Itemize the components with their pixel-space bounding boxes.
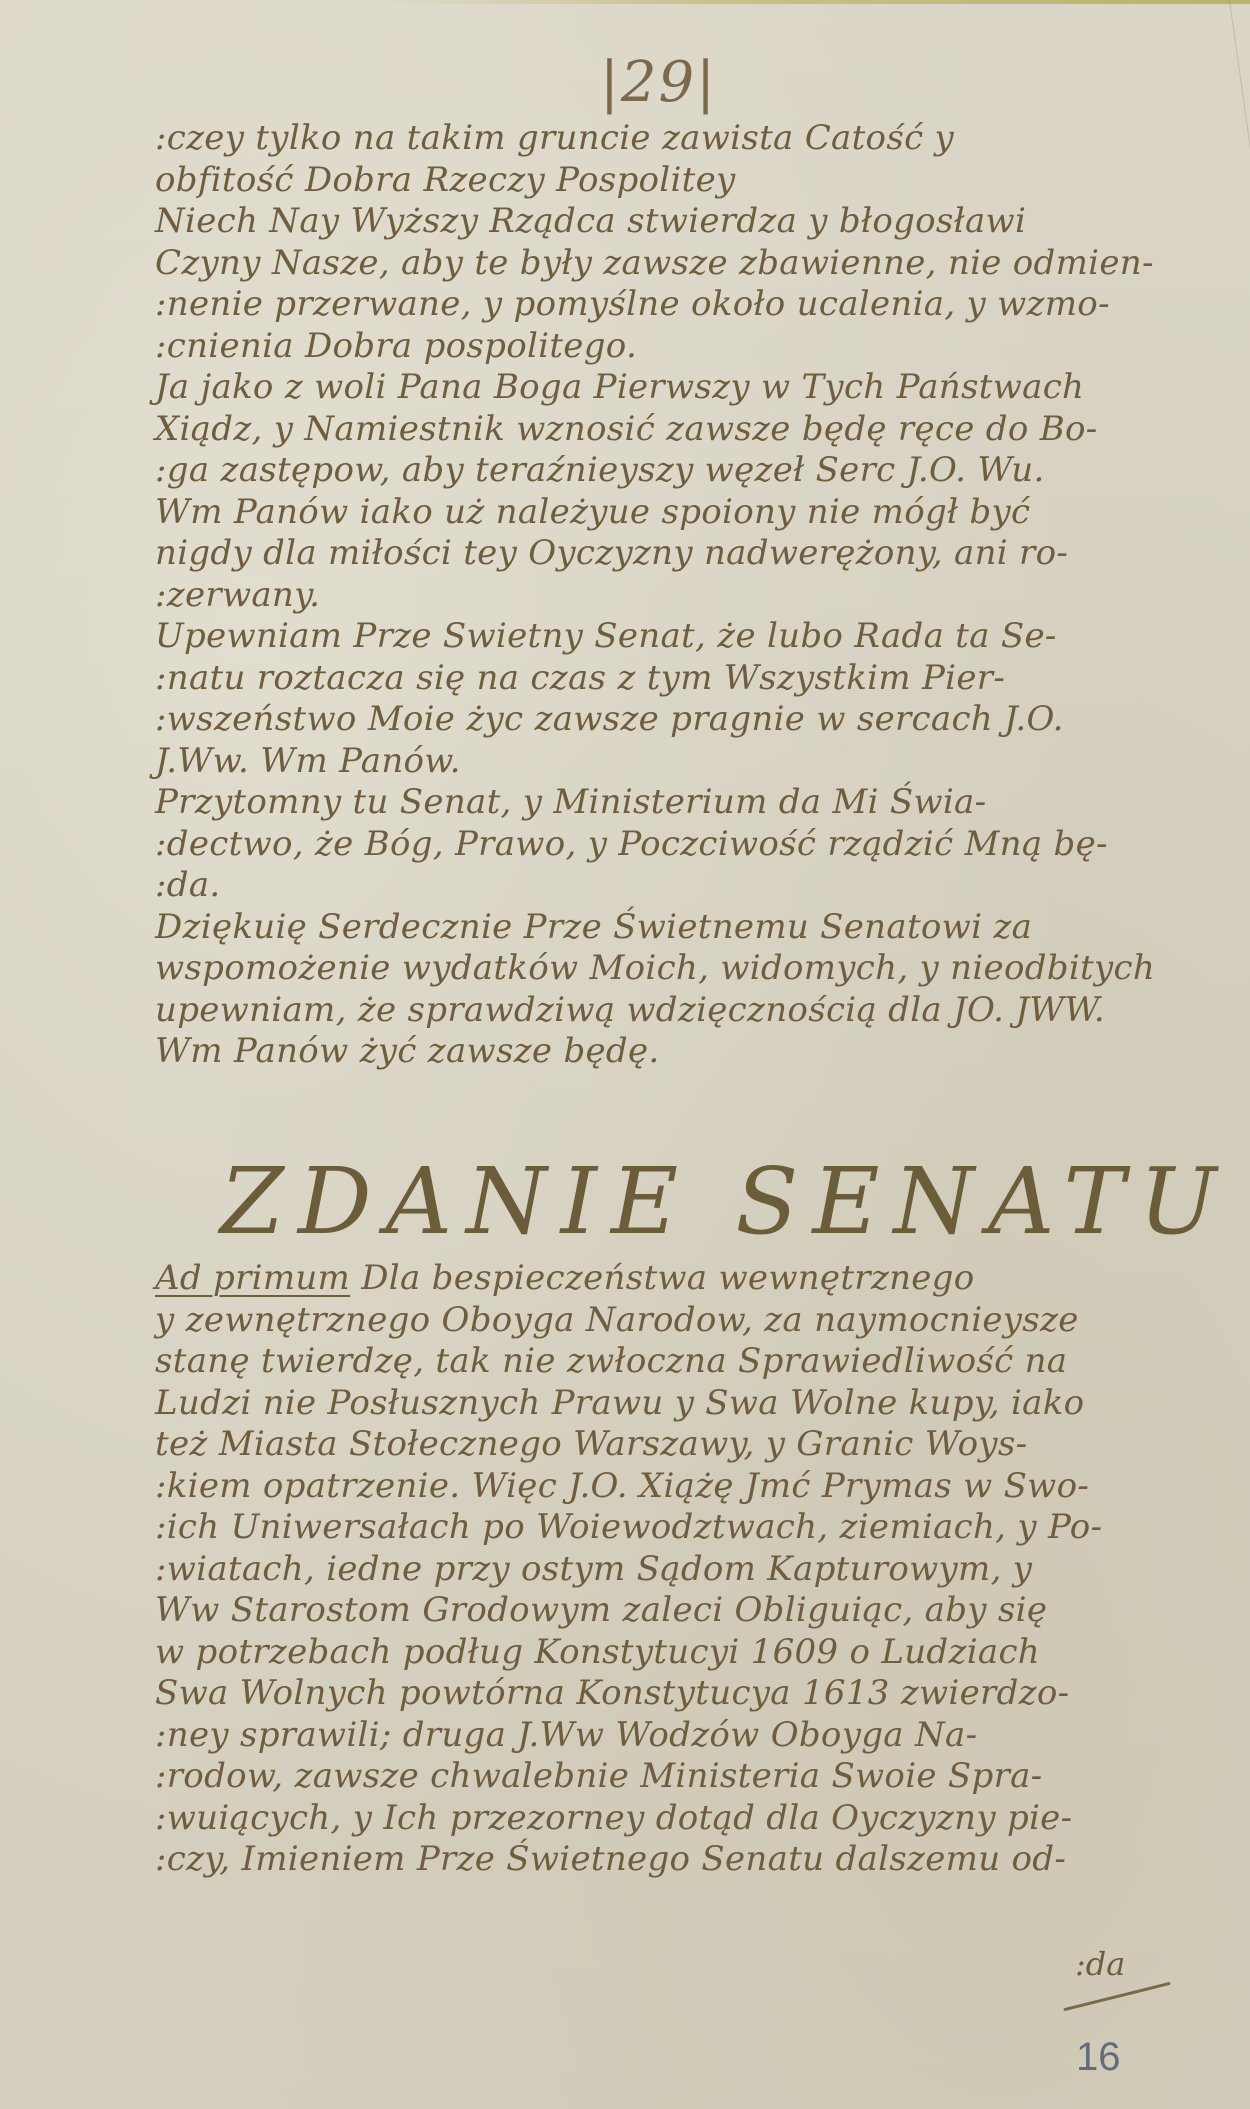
- text-line: :czey tylko na takim gruncie zawista Cat…: [155, 118, 1155, 160]
- text-line: :kiem opatrzenie. Więc J.O. Xiążę Jmć Pr…: [155, 1466, 1155, 1508]
- text-line: Niech Nay Wyższy Rządca stwierdza y błog…: [155, 201, 1155, 243]
- folio-number: |29|: [600, 50, 717, 115]
- text-line: Ad primum Dla bespieczeństwa wewnętrzneg…: [155, 1258, 1155, 1300]
- text-line: :ich Uniwersałach po Woiewodztwach, ziem…: [155, 1507, 1155, 1549]
- letter-body: :czey tylko na takim gruncie zawista Cat…: [155, 118, 1155, 1073]
- text-line: :zerwany.: [155, 575, 1155, 617]
- text-line: Xiądz, y Namiestnik wznosić zawsze będę …: [155, 409, 1155, 451]
- text-line: Swa Wolnych powtórna Konstytucya 1613 zw…: [155, 1673, 1155, 1715]
- manuscript-page: |29| :czey tylko na takim gruncie zawist…: [0, 0, 1250, 2109]
- text-line: Upewniam Prze Swietny Senat, że lubo Rad…: [155, 616, 1155, 658]
- text-fragment: Dla bespieczeństwa wewnętrznego: [361, 1258, 974, 1298]
- text-line: Dziękuię Serdecznie Prze Świetnemu Senat…: [155, 907, 1155, 949]
- text-line: :nenie przerwane, y pomyślne około ucale…: [155, 284, 1155, 326]
- text-line: obfitość Dobra Rzeczy Pospolitey: [155, 160, 1155, 202]
- text-line: :rodow, zawsze chwalebnie Ministeria Swo…: [155, 1756, 1155, 1798]
- text-line: wspomożenie wydatków Moich, widomych, y …: [155, 948, 1155, 990]
- text-line: Ja jako z woli Pana Boga Pierwszy w Tych…: [155, 367, 1155, 409]
- text-line: :wuiących, y Ich przezorney dotąd dla Oy…: [155, 1798, 1155, 1840]
- senate-opinion-body: Ad primum Dla bespieczeństwa wewnętrzneg…: [155, 1258, 1155, 1881]
- section-heading: ZDANIE SENATU: [220, 1148, 1060, 1255]
- catchword-flourish: [1063, 1982, 1170, 2012]
- text-line: Czyny Nasze, aby te były zawsze zbawienn…: [155, 243, 1155, 285]
- text-line: :da.: [155, 865, 1155, 907]
- text-line: stanę twierdzę, tak nie zwłoczna Sprawie…: [155, 1341, 1155, 1383]
- text-line: nigdy dla miłości tey Oyczyzny nadwerężo…: [155, 533, 1155, 575]
- text-line: :ney sprawili; druga J.Ww Wodzów Oboyga …: [155, 1715, 1155, 1757]
- text-line: :dectwo, że Bóg, Prawo, y Poczciwość rzą…: [155, 824, 1155, 866]
- text-line: :ga zastępow, aby teraźnieyszy węzeł Ser…: [155, 450, 1155, 492]
- text-line: :cnienia Dobra pospolitego.: [155, 326, 1155, 368]
- text-line: Przytomny tu Senat, y Ministerium da Mi …: [155, 782, 1155, 824]
- text-line: Wm Panów iako uż należyue spoiony nie mó…: [155, 492, 1155, 534]
- paper-stain: [380, 0, 1250, 4]
- text-line: :natu roztacza się na czas z tym Wszystk…: [155, 658, 1155, 700]
- text-line: Wm Panów żyć zawsze będę.: [155, 1031, 1155, 1073]
- text-line: y zewnętrznego Oboyga Narodow, za naymoc…: [155, 1300, 1155, 1342]
- paper-crease: [1229, 0, 1250, 159]
- archive-page-number: 16: [1076, 2035, 1121, 2080]
- text-line: upewniam, że sprawdziwą wdzięcznością dl…: [155, 990, 1155, 1032]
- catchword: :da: [1075, 1945, 1125, 1983]
- text-line: też Miasta Stołecznego Warszawy, y Grani…: [155, 1424, 1155, 1466]
- text-line: Ww Starostom Grodowym zaleci Obliguiąc, …: [155, 1590, 1155, 1632]
- text-line: :wiatach, iedne przy ostym Sądom Kapturo…: [155, 1549, 1155, 1591]
- text-line: J.Ww. Wm Panów.: [155, 741, 1155, 783]
- text-line: w potrzebach podług Konstytucyi 1609 o L…: [155, 1632, 1155, 1674]
- text-line: :wszeństwo Moie życ zawsze pragnie w ser…: [155, 699, 1155, 741]
- ad-primum-label: Ad primum: [155, 1258, 350, 1298]
- text-line: Ludzi nie Posłusznych Prawu y Swa Wolne …: [155, 1383, 1155, 1425]
- text-line: :czy, Imieniem Prze Świetnego Senatu dal…: [155, 1839, 1155, 1881]
